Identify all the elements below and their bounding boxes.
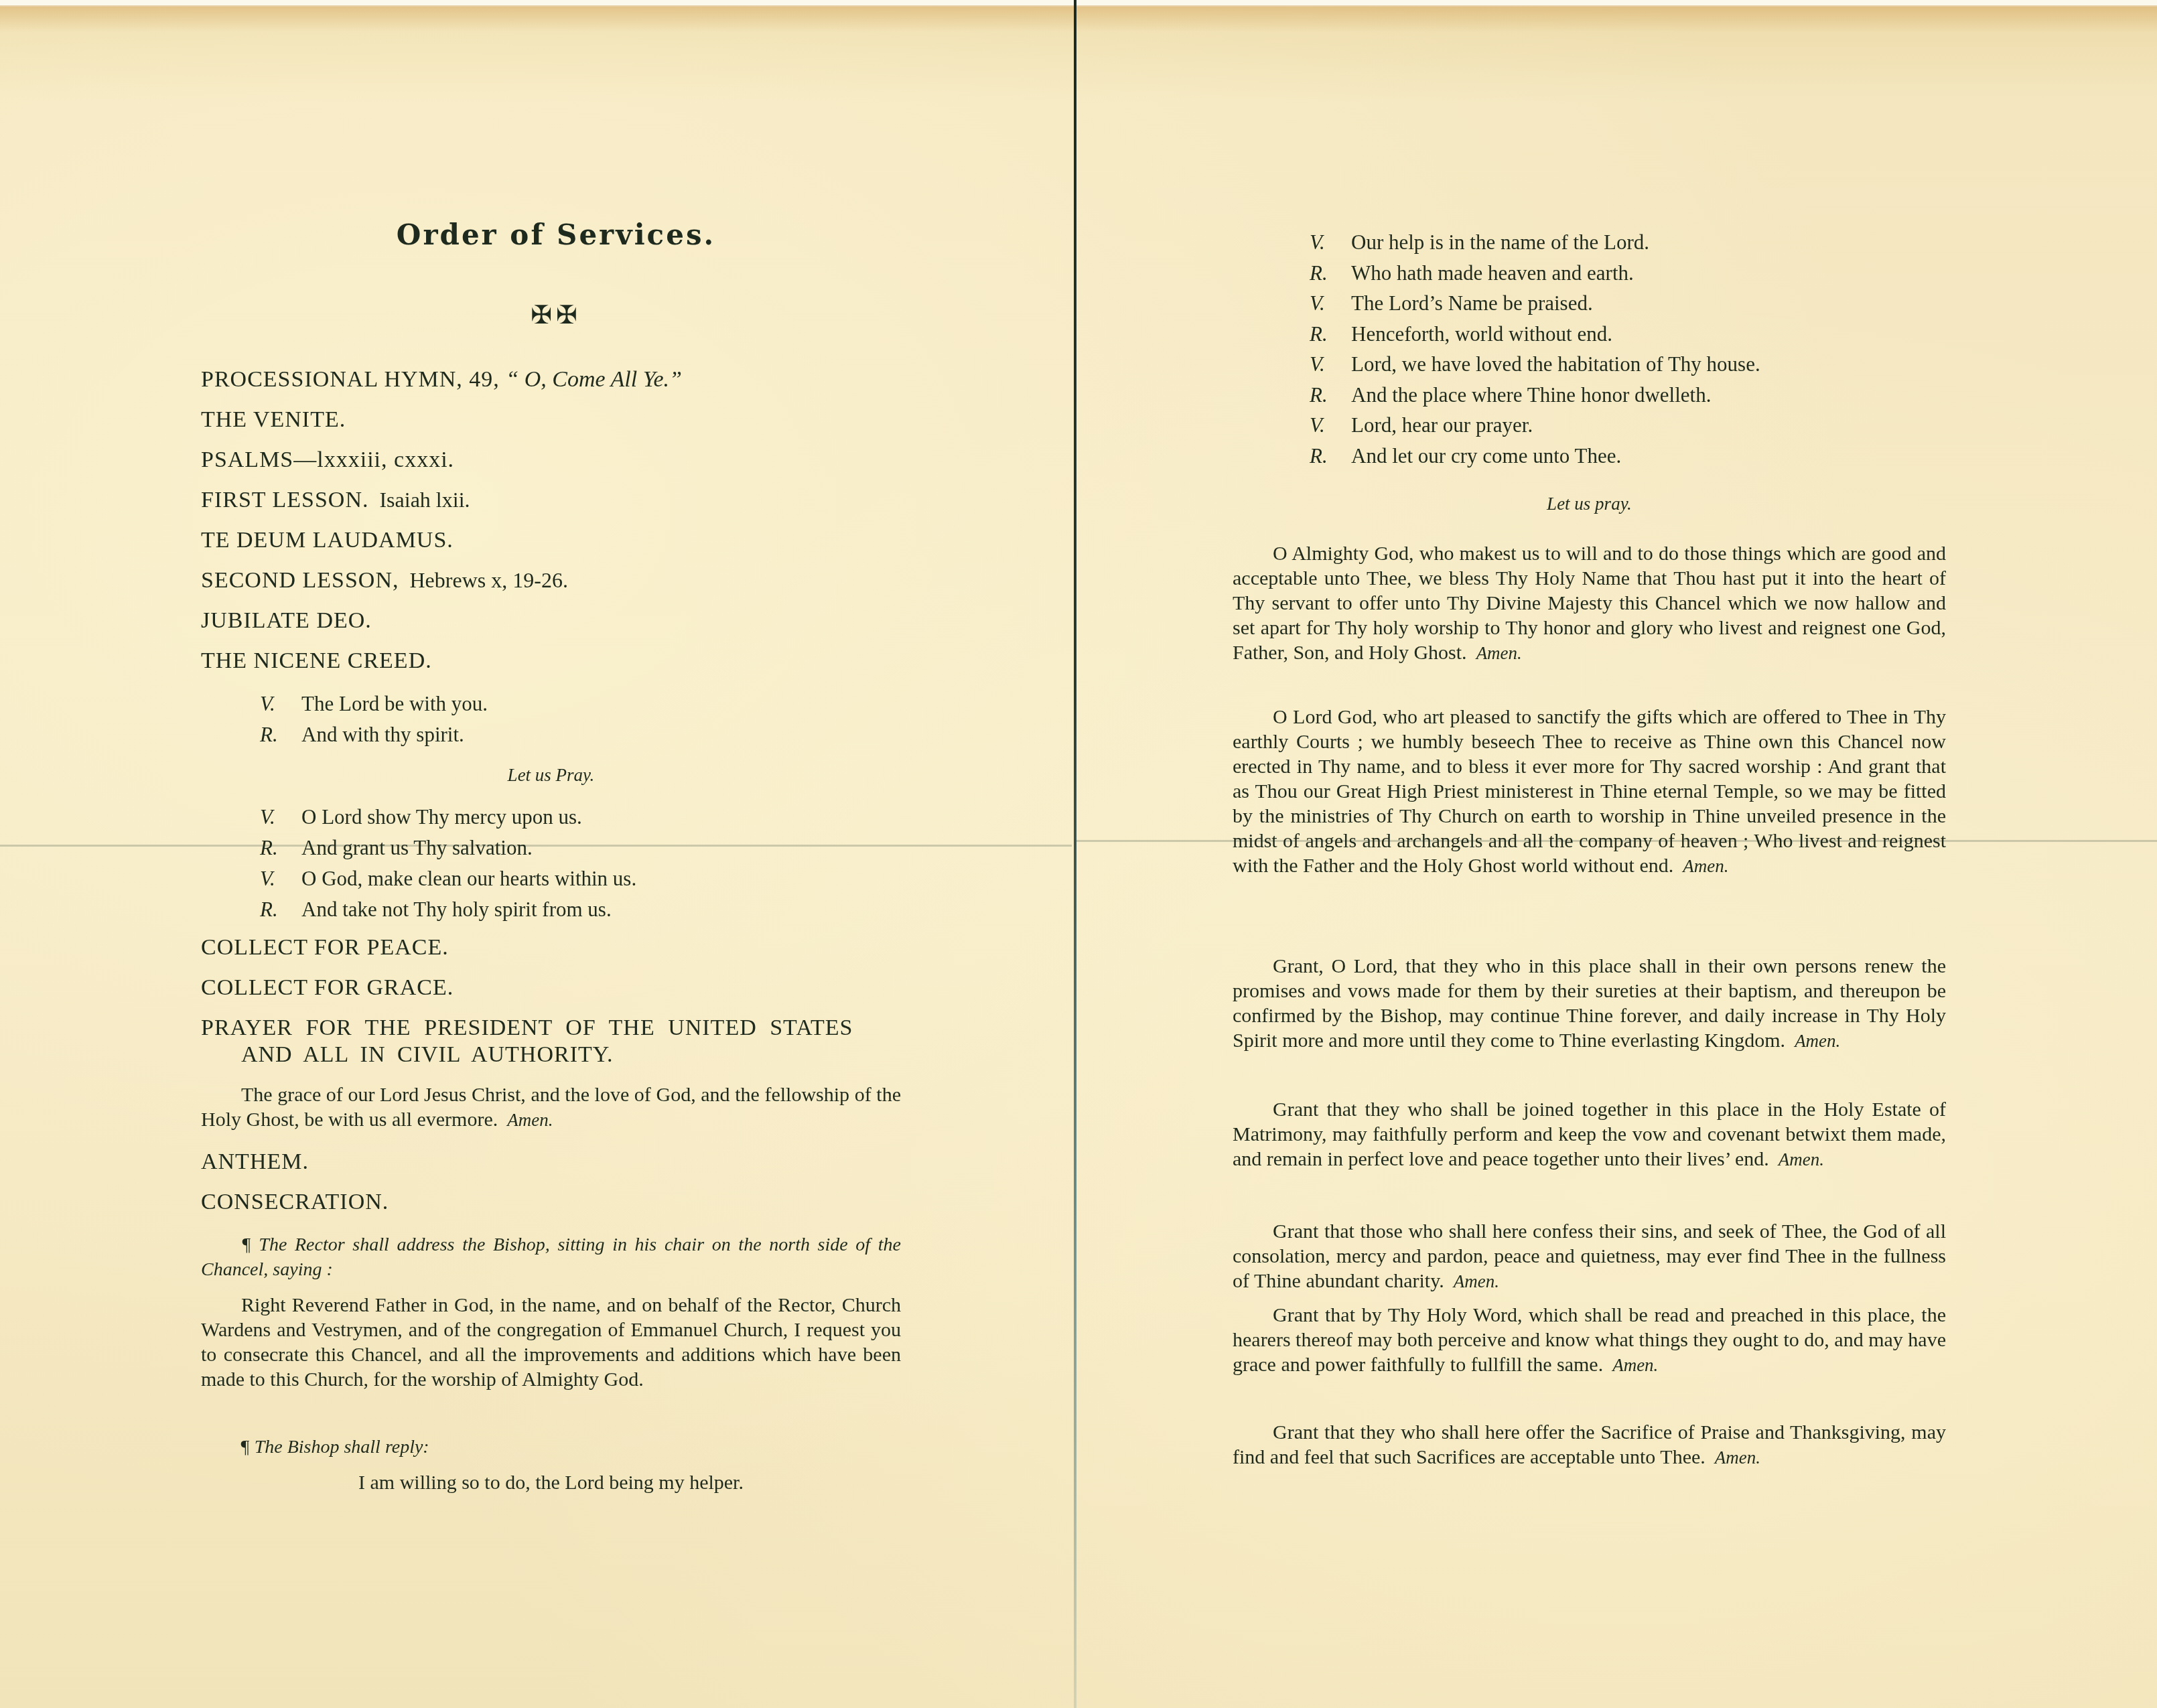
page-title: Order of Services. (0, 218, 1112, 251)
amen: Amen. (1715, 1447, 1760, 1468)
prayer-paragraph: Grant that those who shall here confess … (1233, 1219, 1946, 1294)
prayer-text: O Almighty God, who makest us to will an… (1233, 543, 1946, 664)
versicle-text: Henceforth, world without end. (1351, 322, 1612, 346)
amen: Amen. (1454, 1271, 1499, 1291)
amen: Amen. (1476, 643, 1522, 663)
prayer-text: Grant that those who shall here confess … (1233, 1220, 1946, 1292)
let-us-pray: Let us pray. (1233, 494, 1946, 514)
prayer-paragraph: Grant that by Thy Holy Word, which shall… (1233, 1303, 1946, 1378)
response: R.And take not Thy holy spirit from us. (260, 898, 612, 922)
bishop-reply: I am willing so to do, the Lord being my… (201, 1472, 901, 1494)
prayer-paragraph: O Almighty God, who makest us to will an… (1233, 541, 1946, 666)
prayer-text: Grant that they who shall here offer the… (1233, 1421, 1946, 1468)
versicle: V.The Lord be with you. (260, 692, 488, 716)
item-anthem: ANTHEM. (201, 1149, 309, 1175)
versicle: V.Lord, hear our prayer. (1310, 413, 1533, 437)
amen: Amen. (1795, 1031, 1840, 1051)
item-prayer-president-cont: AND ALL IN CIVIL AUTHORITY. (241, 1042, 613, 1068)
versicle-text: Lord, we have loved the habitation of Th… (1351, 352, 1760, 376)
prayer-text: O Lord God, who art pleased to sanctify … (1233, 706, 1946, 877)
item-te-deum: TE DEUM LAUDAMUS. (201, 528, 454, 553)
prayer-text: Grant that by Thy Holy Word, which shall… (1233, 1304, 1946, 1376)
versicle-label: V. (1310, 291, 1351, 315)
prayer-paragraph: Grant, O Lord, that they who in this pla… (1233, 954, 1946, 1054)
versicle-label: R. (1310, 383, 1351, 407)
versicle-text: And let our cry come unto Thee. (1351, 444, 1621, 468)
let-us-pray: Let us Pray. (201, 765, 901, 786)
prayer-paragraph: O Lord God, who art pleased to sanctify … (1233, 705, 1946, 879)
versicle: V.Lord, we have loved the habitation of … (1310, 352, 1760, 376)
amen: Amen. (1779, 1149, 1824, 1169)
versicle: V.O God, make clean our hearts within us… (260, 867, 636, 891)
rector-address: Right Reverend Father in God, in the nam… (201, 1293, 901, 1392)
grace-paragraph: The grace of our Lord Jesus Christ, and … (201, 1082, 901, 1133)
item-nicene-creed: THE NICENE CREED. (201, 648, 432, 674)
item-processional-hymn: PROCESSIONAL HYMN, 49, “ O, Come All Ye.… (201, 367, 682, 393)
response: R.And grant us Thy salvation. (260, 836, 533, 860)
item-consecration: CONSECRATION. (201, 1190, 389, 1215)
response: R.And with thy spirit. (260, 723, 464, 747)
left-page: Order of Services. ✠✠ PROCESSIONAL HYMN,… (0, 0, 1074, 1708)
rubric-rector: ¶ The Rector shall address the Bishop, s… (201, 1232, 901, 1282)
versicle-text: And the place where Thine honor dwelleth… (1351, 383, 1711, 407)
item-venite: THE VENITE. (201, 407, 346, 433)
versicle-label: R. (1310, 322, 1351, 346)
versicle-text: Lord, hear our prayer. (1351, 413, 1533, 437)
prayer-paragraph: Grant that they who shall be joined toge… (1233, 1097, 1946, 1172)
response: R.And the place where Thine honor dwelle… (1310, 383, 1711, 407)
versicle-label: V. (1310, 230, 1351, 255)
right-page: V.Our help is in the name of the Lord.R.… (1076, 0, 2157, 1708)
item-psalms: PSALMS—lxxxiii, cxxxi. (201, 447, 454, 473)
versicle: V.O Lord show Thy mercy upon us. (260, 805, 582, 829)
rubric-bishop: ¶ The Bishop shall reply: (240, 1435, 843, 1460)
item-jubilate: JUBILATE DEO. (201, 608, 372, 634)
prayer-paragraph: Grant that they who shall here offer the… (1233, 1420, 1946, 1470)
maltese-cross-icon: ✠✠ (0, 300, 1112, 330)
versicle-label: R. (1310, 261, 1351, 285)
item-second-lesson: SECOND LESSON,Hebrews x, 19-26. (201, 568, 568, 593)
response: R.And let our cry come unto Thee. (1310, 444, 1621, 468)
amen: Amen. (1683, 856, 1728, 876)
item-first-lesson: FIRST LESSON.Isaiah lxii. (201, 488, 470, 513)
response: R.Henceforth, world without end. (1310, 322, 1612, 346)
versicle-label: V. (1310, 413, 1351, 437)
amen: Amen. (1612, 1355, 1658, 1375)
item-collect-peace: COLLECT FOR PEACE. (201, 935, 449, 960)
versicle-text: Who hath made heaven and earth. (1351, 261, 1634, 285)
versicle: V.The Lord’s Name be praised. (1310, 291, 1593, 315)
item-prayer-president: PRAYER FOR THE PRESIDENT OF THE UNITED S… (201, 1015, 853, 1041)
versicle-label: R. (1310, 444, 1351, 468)
versicle-text: The Lord’s Name be praised. (1351, 291, 1593, 315)
prayer-text: Grant that they who shall be joined toge… (1233, 1098, 1946, 1170)
versicle-label: V. (1310, 352, 1351, 376)
versicle: V.Our help is in the name of the Lord. (1310, 230, 1649, 255)
response: R.Who hath made heaven and earth. (1310, 261, 1634, 285)
item-collect-grace: COLLECT FOR GRACE. (201, 975, 454, 1001)
versicle-text: Our help is in the name of the Lord. (1351, 230, 1649, 254)
